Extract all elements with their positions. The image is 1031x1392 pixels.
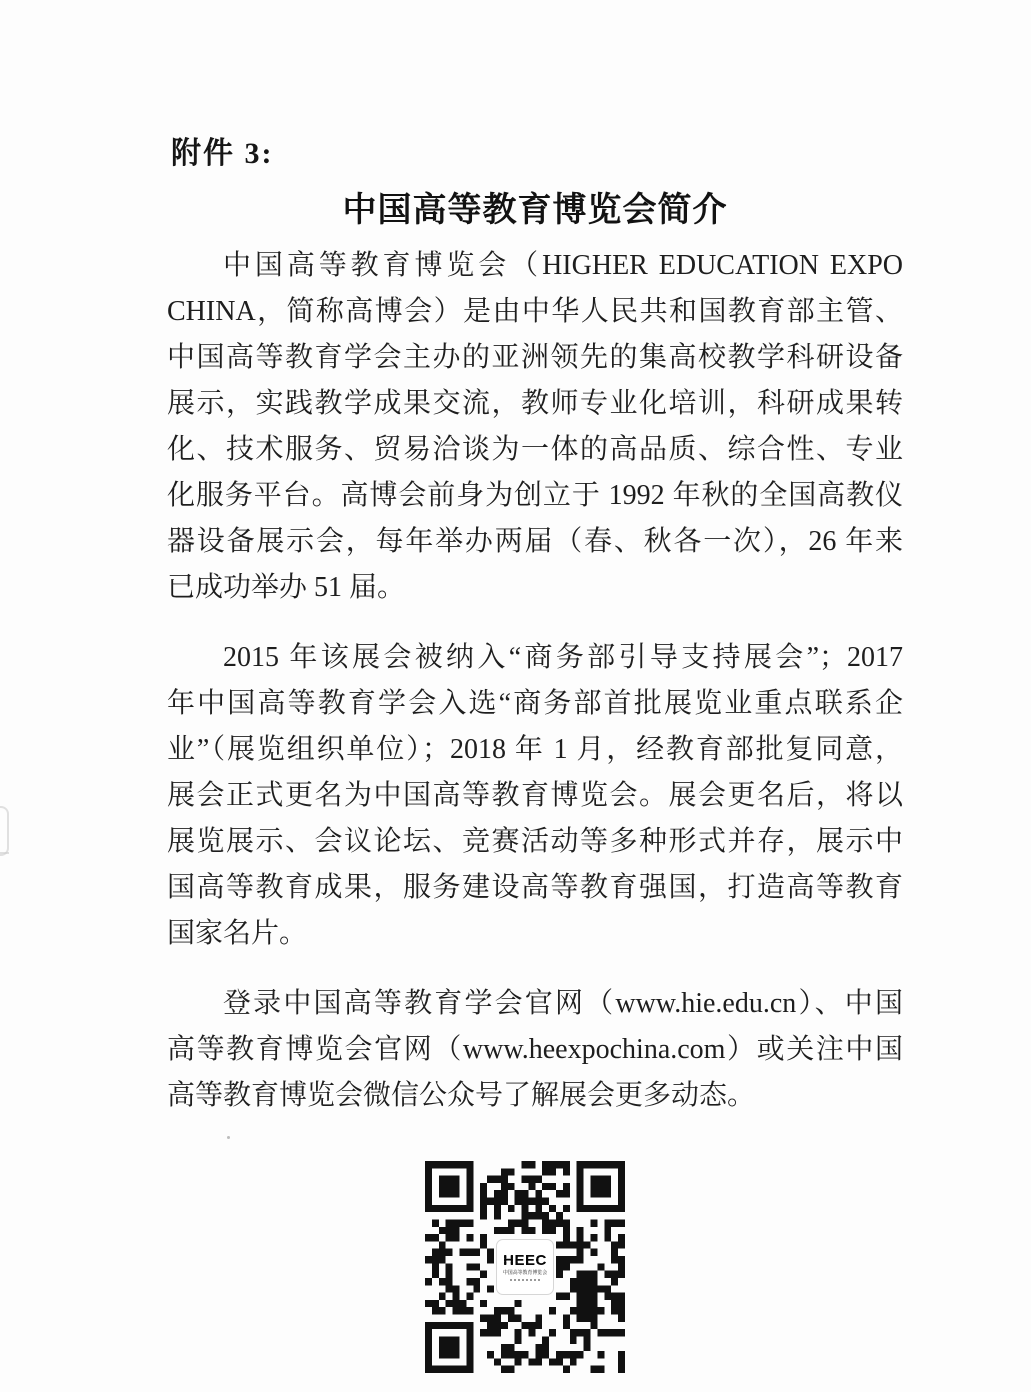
- document-body: 中国高等教育博览会（HIGHER EDUCATION EXPOCHINA，简称高…: [167, 243, 903, 1119]
- document-title: 中国高等教育博览会简介: [165, 182, 905, 231]
- text-line: 2015 年该展会被纳入“商务部引导支持展会”；2017: [167, 635, 903, 681]
- text-line: 化服务平台。高博会前身为创立于 1992 年秋的全国高教仪: [167, 473, 903, 519]
- text-line: 业”（展览组织单位）；2018 年 1 月，经教育部批复同意，: [167, 727, 903, 773]
- text-line: 化、技术服务、贸易洽谈为一体的高品质、综合性、专业: [167, 427, 903, 473]
- text-line: 器设备展示会，每年举办两届（春、秋各一次），26 年来: [167, 519, 903, 565]
- heec-logo-tagline-mark: [510, 1279, 540, 1281]
- paragraph: 中国高等教育博览会（HIGHER EDUCATION EXPOCHINA，简称高…: [167, 243, 903, 611]
- text-line: 已成功举办 51 届。: [167, 565, 903, 611]
- text-line: 年中国高等教育学会入选“商务部首批展览业重点联系企: [167, 681, 903, 727]
- text-line: 展会正式更名为中国高等教育博览会。展会更名后，将以: [167, 773, 903, 819]
- scan-edge-artifact: [0, 806, 9, 856]
- text-line: 展览展示、会议论坛、竞赛活动等多种形式并存，展示中: [167, 819, 903, 865]
- scan-edge-artifact-2: [0, 852, 9, 854]
- text-line: 高等教育博览会官网（www.heexpochina.com）或关注中国: [167, 1027, 903, 1073]
- paragraph: 登录中国高等教育学会官网（www.hie.edu.cn）、中国高等教育博览会官网…: [167, 981, 903, 1119]
- paragraph: 2015 年该展会被纳入“商务部引导支持展会”；2017年中国高等教育学会入选“…: [167, 635, 903, 957]
- heec-logo: HEEC 中国高等教育博览会: [496, 1239, 554, 1295]
- text-line: CHINA，简称高博会）是由中华人民共和国教育部主管、: [167, 289, 903, 335]
- text-line: 中国高等教育博览会（HIGHER EDUCATION EXPO: [167, 243, 903, 289]
- heec-logo-text: HEEC: [503, 1253, 547, 1268]
- scan-dot-artifact: [227, 1136, 230, 1139]
- text-line: 高等教育博览会微信公众号了解展会更多动态。: [167, 1073, 903, 1119]
- text-line: 国家名片。: [167, 911, 903, 957]
- text-line: 国高等教育成果，服务建设高等教育强国，打造高等教育: [167, 865, 903, 911]
- attachment-label: 附件 3:: [171, 128, 274, 172]
- heec-logo-subtext: 中国高等教育博览会: [503, 1271, 547, 1277]
- text-line: 中国高等教育学会主办的亚洲领先的集高校教学科研设备: [167, 335, 903, 381]
- text-line: 登录中国高等教育学会官网（www.hie.edu.cn）、中国: [167, 981, 903, 1027]
- qr-code: HEEC 中国高等教育博览会: [425, 1161, 625, 1373]
- text-line: 展示，实践教学成果交流，教师专业化培训，科研成果转: [167, 381, 903, 427]
- scanned-document-page: 附件 3: 中国高等教育博览会简介 中国高等教育博览会（HIGHER EDUCA…: [0, 0, 1031, 1392]
